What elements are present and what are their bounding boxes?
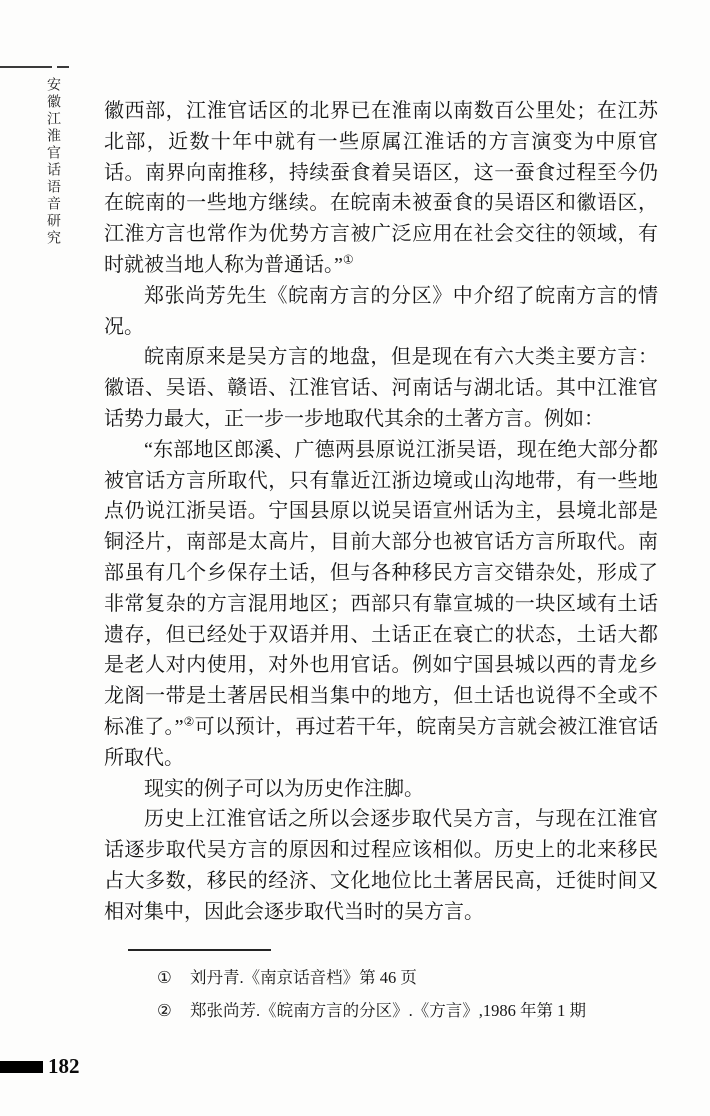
paragraph-text: 皖南原来是吴方言的地盘，但是现在有六大类主要方言：徽语、吴语、赣语、江淮官话、河… xyxy=(104,346,658,430)
book-page: 安徽江淮官话语音研究 徽西部，江淮官话区的北界已在淮南以南数百公里处；在江苏北部… xyxy=(0,0,710,1116)
book-spine-title: 安徽江淮官话语音研究 xyxy=(42,77,62,247)
paragraph: 历史上江淮官话之所以会逐步取代吴方言，与现在江淮官话逐步取代吴方言的原因和过程应… xyxy=(104,804,658,927)
footnote-marker: ② xyxy=(157,994,190,1027)
paragraph: 皖南原来是吴方言的地盘，但是现在有六大类主要方言：徽语、吴语、赣语、江淮官话、河… xyxy=(104,342,658,434)
footnote-text: 郑张尚芳.《皖南方言的分区》.《方言》,1986 年第 1 期 xyxy=(190,994,586,1027)
paragraph-text: 历史上江淮官话之所以会逐步取代吴方言，与现在江淮官话逐步取代吴方言的原因和过程应… xyxy=(104,808,658,922)
footnote-marker: ① xyxy=(157,961,190,994)
paragraph-text: 郑张尚芳先生《皖南方言的分区》中介绍了皖南方言的情况。 xyxy=(104,285,658,338)
footnote-separator xyxy=(128,949,271,951)
paragraph-text: 现实的例子可以为历史作注脚。 xyxy=(144,778,424,800)
footnotes: ① 刘丹青.《南京话音档》第 46 页 ② 郑张尚芳.《皖南方言的分区》.《方言… xyxy=(157,961,586,1027)
footnote-item: ① 刘丹青.《南京话音档》第 46 页 xyxy=(157,961,586,994)
page-number-bar xyxy=(0,1061,43,1073)
body-paragraphs: 徽西部，江淮官话区的北界已在淮南以南数百公里处；在江苏北部，近数十年中就有一些原… xyxy=(104,96,658,928)
paragraph-text: 徽西部，江淮官话区的北界已在淮南以南数百公里处；在江苏北部，近数十年中就有一些原… xyxy=(104,100,658,276)
footnote-reference: ② xyxy=(184,714,195,728)
paragraph: 郑张尚芳先生《皖南方言的分区》中介绍了皖南方言的情况。 xyxy=(104,281,658,343)
footnote-item: ② 郑张尚芳.《皖南方言的分区》.《方言》,1986 年第 1 期 xyxy=(157,994,586,1027)
paragraph: “东部地区郎溪、广德两县原说江浙吴语，现在绝大部分都被官话方言所取代，只有靠近江… xyxy=(104,435,658,774)
footnote-reference: ① xyxy=(343,252,354,266)
paragraph: 徽西部，江淮官话区的北界已在淮南以南数百公里处；在江苏北部，近数十年中就有一些原… xyxy=(104,96,658,281)
paragraph: 现实的例子可以为历史作注脚。 xyxy=(104,774,658,805)
footnote-text: 刘丹青.《南京话音档》第 46 页 xyxy=(190,961,417,994)
page-number: 182 xyxy=(48,1054,80,1079)
paragraph-text: “东部地区郎溪、广德两县原说江浙吴语，现在绝大部分都被官话方言所取代，只有靠近江… xyxy=(104,439,658,738)
spine-rule xyxy=(0,66,69,68)
